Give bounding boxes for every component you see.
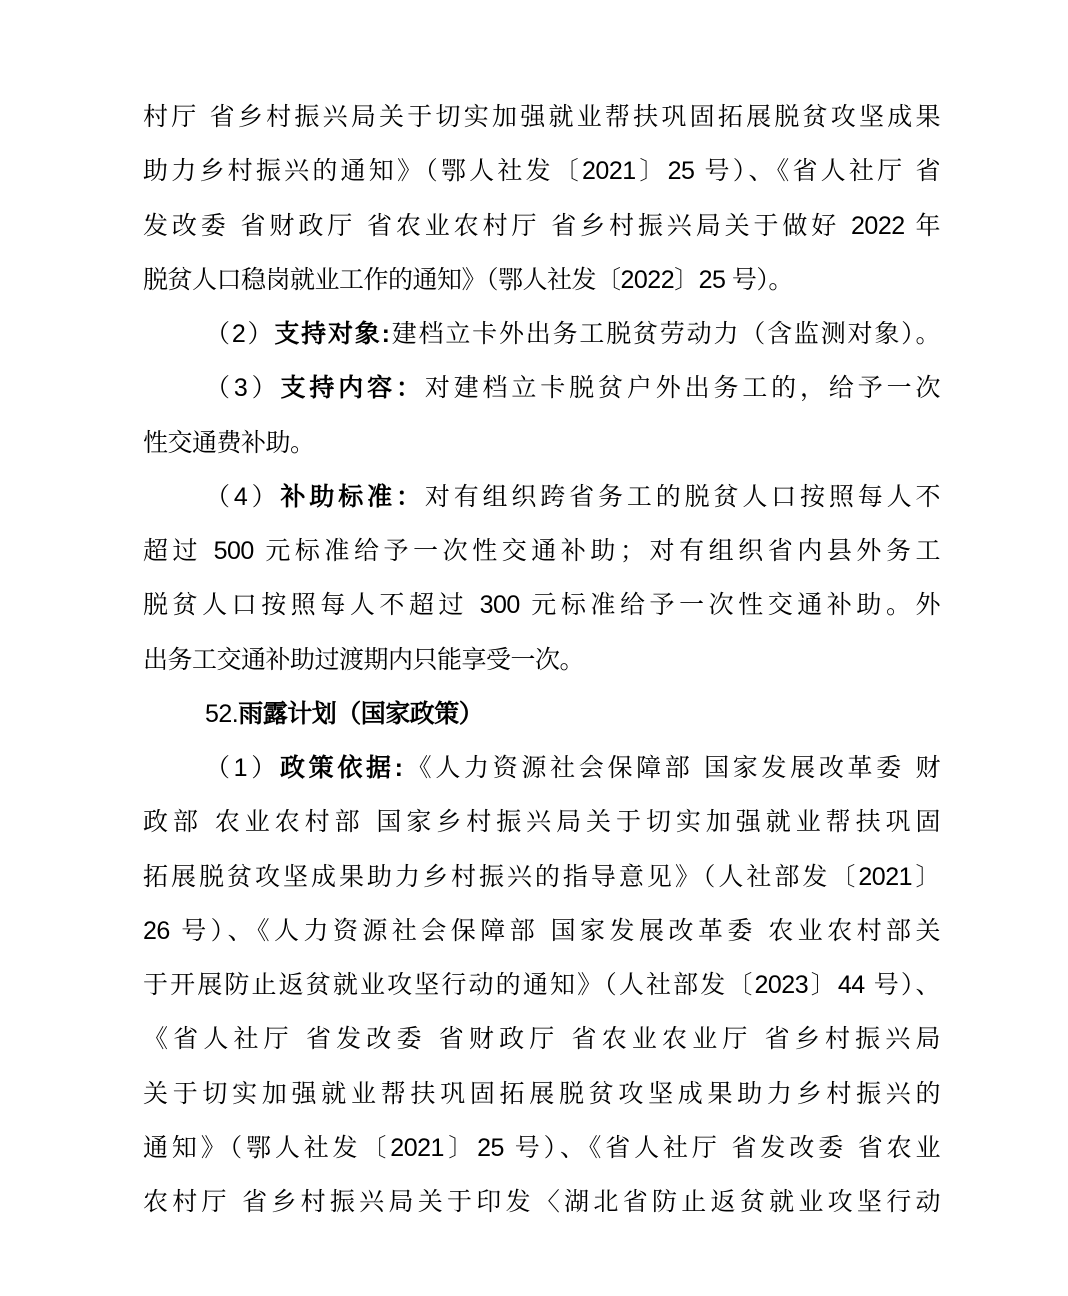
text-run-bold: 支持对象: [274, 320, 389, 348]
text-line: 助力乡村振兴的通知》（鄂人社发〔2021〕25 号）、《省人社厅 省 [143, 144, 940, 198]
text-run: 对建档立卡脱贫户外出务工的，给予一次 [425, 374, 940, 402]
text-run: 对有组织跨省务工的脱贫人口按照每人不 [425, 483, 940, 511]
text-run: 脱贫人口按照每人不超过 300 元标准给予一次性交通补助。外 [143, 591, 940, 619]
text-line: 通知》（鄂人社发〔2021〕25 号）、《省人社厅 省发改委 省农业 [143, 1121, 940, 1175]
text-line: 关于切实加强就业帮扶巩固拓展脱贫攻坚成果助力乡村振兴的 [143, 1067, 940, 1121]
text-line: （4）补助标准：对有组织跨省务工的脱贫人口按照每人不 [143, 470, 940, 524]
text-run: （3） [205, 374, 281, 402]
text-line: 脱贫人口按照每人不超过 300 元标准给予一次性交通补助。外 [143, 578, 940, 632]
text-run-bold: 雨露计划（国家政策） [238, 700, 483, 728]
text-line: 拓展脱贫攻坚成果助力乡村振兴的指导意见》（人社部发〔2021〕 [143, 850, 940, 904]
text-run: （2） [205, 320, 274, 348]
text-line: 农村厅 省乡村振兴局关于印发〈湖北省防止返贫就业攻坚行动 [143, 1175, 940, 1229]
text-line: 26 号）、《人力资源社会保障部 国家发展改革委 农业农村部关 [143, 904, 940, 958]
text-run: 超过 500 元标准给予一次性交通补助；对有组织省内县外务工 [143, 537, 940, 565]
text-line: 性交通费补助。 [143, 416, 940, 470]
document-page: 村厅 省乡村振兴局关于切实加强就业帮扶巩固拓展脱贫攻坚成果助力乡村振兴的通知》（… [0, 0, 1068, 1296]
text-line: 政部 农业农村部 国家乡村振兴局关于切实加强就业帮扶巩固 [143, 795, 940, 849]
text-line: 52.雨露计划（国家政策） [143, 687, 940, 741]
text-line: 脱贫人口稳岗就业工作的通知》（鄂人社发〔2022〕25 号）。 [143, 253, 940, 307]
text-run-bold: 补助标准： [281, 483, 425, 511]
text-run: 建档立卡外出务工脱贫劳动力（含监测对象）。 [389, 320, 940, 348]
text-line: 于开展防止返贫就业攻坚行动的通知》（人社部发〔2023〕44 号）、 [143, 958, 940, 1012]
text-line: （1）政策依据:《人力资源社会保障部 国家发展改革委 财 [143, 741, 940, 795]
text-run: 通知》（鄂人社发〔2021〕25 号）、《省人社厅 省发改委 省农业 [143, 1134, 940, 1162]
text-run-bold: 支持内容： [281, 374, 425, 402]
text-run: 《人力资源社会保障部 国家发展改革委 财 [403, 754, 941, 782]
text-line: 超过 500 元标准给予一次性交通补助；对有组织省内县外务工 [143, 524, 940, 578]
text-run: （4） [205, 483, 281, 511]
text-run: 《省人社厅 省发改委 省财政厅 省农业农业厅 省乡村振兴局 [143, 1025, 940, 1053]
text-run: 村厅 省乡村振兴局关于切实加强就业帮扶巩固拓展脱贫攻坚成果 [143, 103, 940, 131]
text-run: 26 号）、《人力资源社会保障部 国家发展改革委 农业农村部关 [143, 917, 940, 945]
text-run: 拓展脱贫攻坚成果助力乡村振兴的指导意见》（人社部发〔2021〕 [143, 863, 940, 891]
text-line: 村厅 省乡村振兴局关于切实加强就业帮扶巩固拓展脱贫攻坚成果 [143, 90, 940, 144]
text-run: 于开展防止返贫就业攻坚行动的通知》（人社部发〔2023〕44 号）、 [143, 971, 940, 999]
text-run: 性交通费补助。 [143, 429, 315, 457]
text-line: 出务工交通补助过渡期内只能享受一次。 [143, 633, 940, 687]
document-text-block: 村厅 省乡村振兴局关于切实加强就业帮扶巩固拓展脱贫攻坚成果助力乡村振兴的通知》（… [143, 90, 940, 1229]
text-run: 助力乡村振兴的通知》（鄂人社发〔2021〕25 号）、《省人社厅 省 [143, 157, 940, 185]
text-run: 脱贫人口稳岗就业工作的通知》（鄂人社发〔2022〕25 号）。 [143, 266, 793, 294]
text-run: （1） [205, 754, 280, 782]
text-line: 发改委 省财政厅 省农业农村厅 省乡村振兴局关于做好 2022 年 [143, 199, 940, 253]
text-line: （3）支持内容：对建档立卡脱贫户外出务工的，给予一次 [143, 361, 940, 415]
text-run: 农村厅 省乡村振兴局关于印发〈湖北省防止返贫就业攻坚行动 [143, 1188, 940, 1216]
text-run: 出务工交通补助过渡期内只能享受一次。 [143, 646, 584, 674]
text-run: 发改委 省财政厅 省农业农村厅 省乡村振兴局关于做好 2022 年 [143, 212, 940, 240]
text-run: 政部 农业农村部 国家乡村振兴局关于切实加强就业帮扶巩固 [143, 808, 940, 836]
text-line: 《省人社厅 省发改委 省财政厅 省农业农业厅 省乡村振兴局 [143, 1012, 940, 1066]
text-run: 52. [205, 700, 238, 728]
text-line: （2）支持对象:建档立卡外出务工脱贫劳动力（含监测对象）。 [143, 307, 940, 361]
text-run: 关于切实加强就业帮扶巩固拓展脱贫攻坚成果助力乡村振兴的 [143, 1080, 940, 1108]
text-run-bold: 政策依据: [280, 754, 403, 782]
